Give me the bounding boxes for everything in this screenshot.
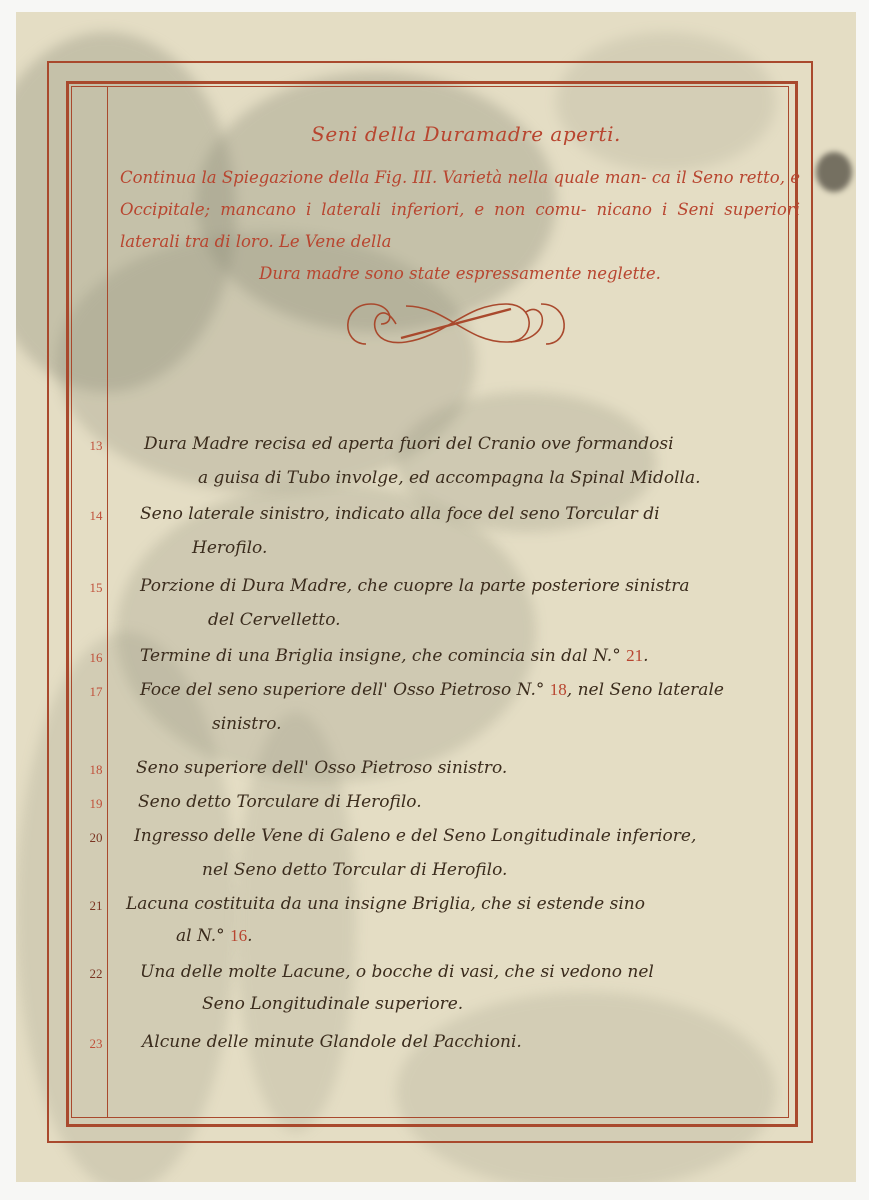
entry-number: 17 [80,684,112,700]
entry-text: nel Seno detto Torcular di Herofilo. [202,860,507,880]
entry-text: Alcune delle minute Glandole del Pacchio… [142,1032,522,1052]
entry-number: 16 [80,650,112,666]
entry-text: Dura Madre recisa ed aperta fuori del Cr… [144,434,674,454]
cross-reference-number: 21 [626,646,643,665]
entry-number: 19 [80,796,112,812]
entry-text: del Cervelletto. [208,610,341,630]
entry-number: 18 [80,762,112,778]
entry-number: 23 [80,1036,112,1052]
entry-text: Seno detto Torculare di Herofilo. [138,792,422,812]
entry-number: 14 [80,508,112,524]
entry-text: Foce del seno superiore dell' Osso Pietr… [140,680,724,700]
entry-text-part: al N.° [176,926,230,946]
entry-text: Ingresso delle Vene di Galeno e del Seno… [134,826,696,846]
entry-number: 22 [80,966,112,982]
entry-text-part: , nel Seno laterale [567,680,724,700]
cross-reference-number: 16 [230,926,247,945]
entry-text: Seno Longitudinale superiore. [202,994,463,1014]
entry-text-part: . [247,926,252,946]
entry-text-part: Termine di una Briglia insigne, che comi… [140,646,626,666]
entry-text: Porzione di Dura Madre, che cuopre la pa… [140,576,690,596]
entry-text: a guisa di Tubo involge, ed accompagna l… [198,468,701,488]
cross-reference-number: 18 [550,680,567,699]
manuscript-page: Seni della Duramadre aperti. Continua la… [16,12,856,1182]
entry-text: al N.° 16. [176,926,252,946]
legend-list: 13 Dura Madre recisa ed aperta fuori del… [16,12,856,1182]
entry-text-part: . [643,646,648,666]
entry-number: 20 [80,830,112,846]
entry-text-part: Foce del seno superiore dell' Osso Pietr… [140,680,550,700]
entry-number: 21 [80,898,112,914]
entry-text: sinistro. [212,714,282,734]
entry-text: Una delle molte Lacune, o bocche di vasi… [140,962,654,982]
entry-text: Termine di una Briglia insigne, che comi… [140,646,649,666]
entry-text: Lacuna costituita da una insigne Briglia… [126,894,645,914]
entry-text: Seno superiore dell' Osso Pietroso sinis… [136,758,507,778]
entry-number: 13 [80,438,112,454]
entry-number: 15 [80,580,112,596]
entry-text: Seno laterale sinistro, indicato alla fo… [140,504,660,524]
entry-text: Herofilo. [192,538,267,558]
